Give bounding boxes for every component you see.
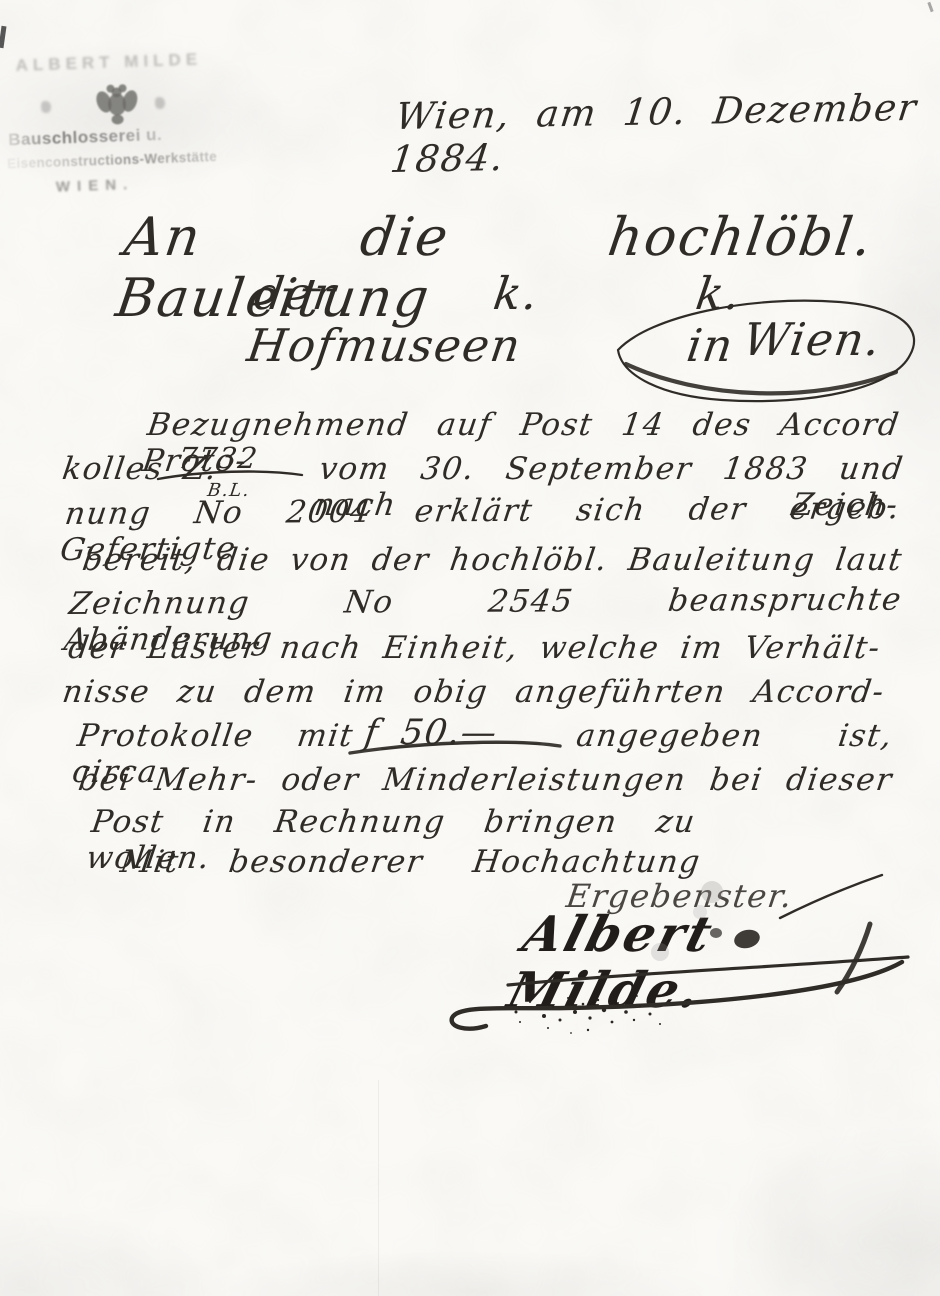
stamp-ornament [155,97,165,109]
recipient-line-2: der k. k. Hofmuseen in [244,268,745,372]
body-line-4: bereit, die von der hochlöbl. Bauleitung… [80,543,905,579]
stamp-company-name: ALBERT MILDE [15,49,202,75]
stamp-trade-line: Bauschlosserei u. [8,125,163,150]
body-line-9: bei Mehr- oder Minderleistungen bei dies… [76,763,895,799]
stamp-workshop-line: Eisenconstructions-Werkstätte [7,149,218,171]
company-stamp: ALBERT MILDE Bauschlosserei u. Eisencons… [3,42,259,221]
amount-value: f 50.— [362,713,500,753]
body-line-7: nisse zu dem im obig angeführten Accord- [60,675,887,711]
scan-edge-mark [927,2,933,12]
scanned-letter-page: ALBERT MILDE Bauschlosserei u. Eisencons… [0,0,940,1296]
stamp-ornament [41,101,51,113]
recipient-city: Wien. [740,314,885,366]
imperial-double-eagle-icon [92,80,142,128]
paper-fold-crease [378,1080,379,1296]
dateline: Wien, am 10. Dezember 1884. [388,87,920,181]
scan-edge-mark [0,26,7,48]
closing-respect-line: Mit besonderer Hochachtung [118,845,703,881]
signature: Albert Milde. [502,906,918,1019]
stamp-city: WIEN. [56,176,135,196]
body-line-8-rest: angegeben ist, [574,719,895,755]
body-line-6: der Lüster nach Einheit, welche im Verhä… [66,631,883,667]
protocol-number-numerator: 7732 [176,442,260,475]
